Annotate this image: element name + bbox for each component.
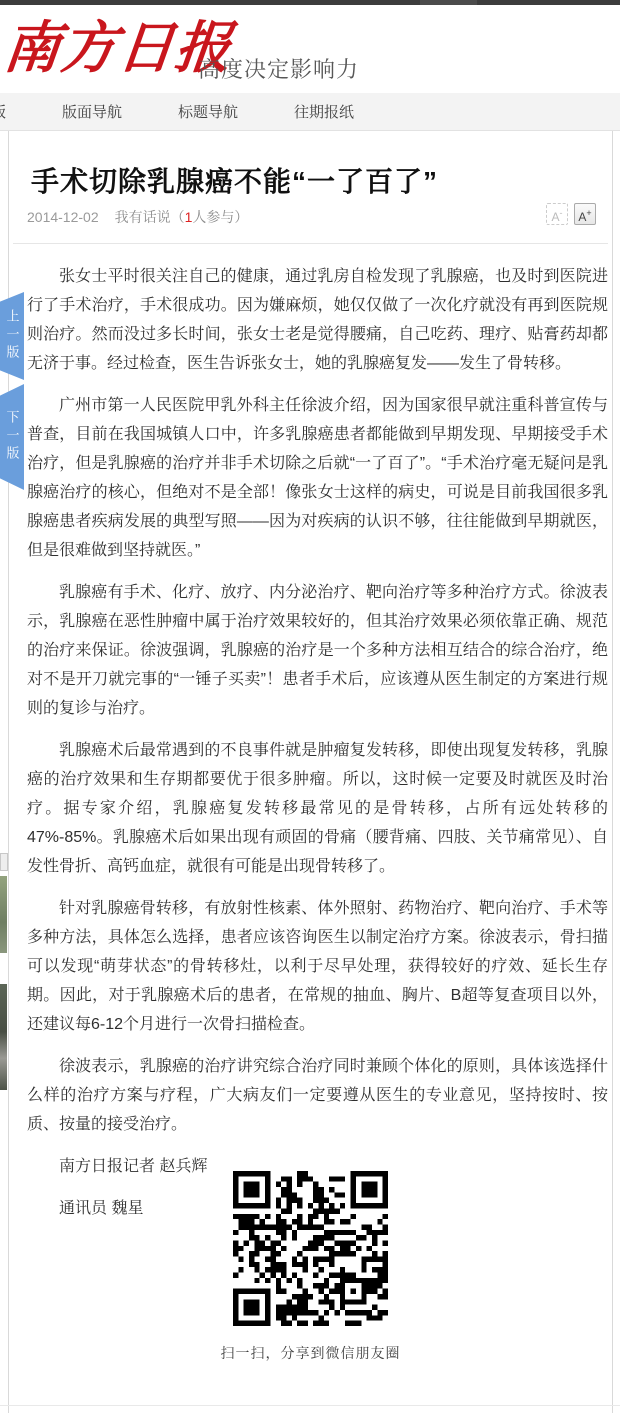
paragraph: 徐波表示，乳腺癌的治疗讲究综合治疗同时兼顾个体化的原则，具体该选择什么样的治疗方… xyxy=(27,1052,608,1139)
site-header: 南方日报 高度决定影响力 xyxy=(0,5,620,93)
nav-item-title-nav[interactable]: 标题导航 xyxy=(178,101,238,122)
publish-date: 2014-12-02 xyxy=(27,209,99,225)
font-larger-button[interactable]: A+ xyxy=(574,203,596,225)
font-size-controls: A- A+ xyxy=(546,203,596,225)
left-edge-thumbnail-icon xyxy=(0,853,8,871)
qr-code xyxy=(233,1171,388,1326)
qr-caption: 扫一扫，分享到微信朋友圈 xyxy=(9,1343,612,1363)
left-photo-sliver xyxy=(0,876,7,953)
article-container: 手术切除乳腺癌不能“一了百了” 2014-12-02我有话说（1人参与） A- … xyxy=(8,131,613,1413)
nav-item-edition-cut[interactable]: 版 xyxy=(0,101,6,122)
nav-item-layout-nav[interactable]: 版面导航 xyxy=(62,101,122,122)
paragraph: 张女士平时很关注自己的健康，通过乳房自检发现了乳腺癌，也及时到医院进行了手术治疗… xyxy=(27,262,608,378)
next-page-tab[interactable]: 下一版 xyxy=(0,384,24,490)
nav-item-past-issues[interactable]: 往期报纸 xyxy=(294,101,354,122)
paragraph: 广州市第一人民医院甲乳外科主任徐波介绍，因为国家很早就注重科普宣传与普查，目前在… xyxy=(27,391,608,565)
site-slogan: 高度决定影响力 xyxy=(198,53,359,84)
title-divider xyxy=(13,243,608,244)
article-meta: 2014-12-02我有话说（1人参与） xyxy=(27,207,248,227)
font-smaller-button[interactable]: A- xyxy=(546,203,568,225)
paragraph: 乳腺癌有手术、化疗、放疗、内分泌治疗、靶向治疗等多种治疗方式。徐波表示，乳腺癌在… xyxy=(27,578,608,723)
footer-divider xyxy=(0,1405,620,1406)
previous-page-tab[interactable]: 上一版 xyxy=(0,292,24,380)
comments-link[interactable]: 我有话说（1人参与） xyxy=(115,209,249,225)
page-navbar: 版 版面导航 标题导航 往期报纸 xyxy=(0,93,620,131)
wechat-share-block: 扫一扫，分享到微信朋友圈 xyxy=(9,1171,612,1363)
paragraph: 乳腺癌术后最常遇到的不良事件就是肿瘤复发转移，即使出现复发转移，乳腺癌的治疗效果… xyxy=(27,736,608,881)
left-photo-sliver xyxy=(0,984,7,1090)
article-title: 手术切除乳腺癌不能“一了百了” xyxy=(31,164,591,200)
article-body: 张女士平时很关注自己的健康，通过乳房自检发现了乳腺癌，也及时到医院进行了手术治疗… xyxy=(27,262,608,1236)
paragraph: 针对乳腺癌骨转移，有放射性核素、体外照射、药物治疗、靶向治疗、手术等多种方法，具… xyxy=(27,894,608,1039)
